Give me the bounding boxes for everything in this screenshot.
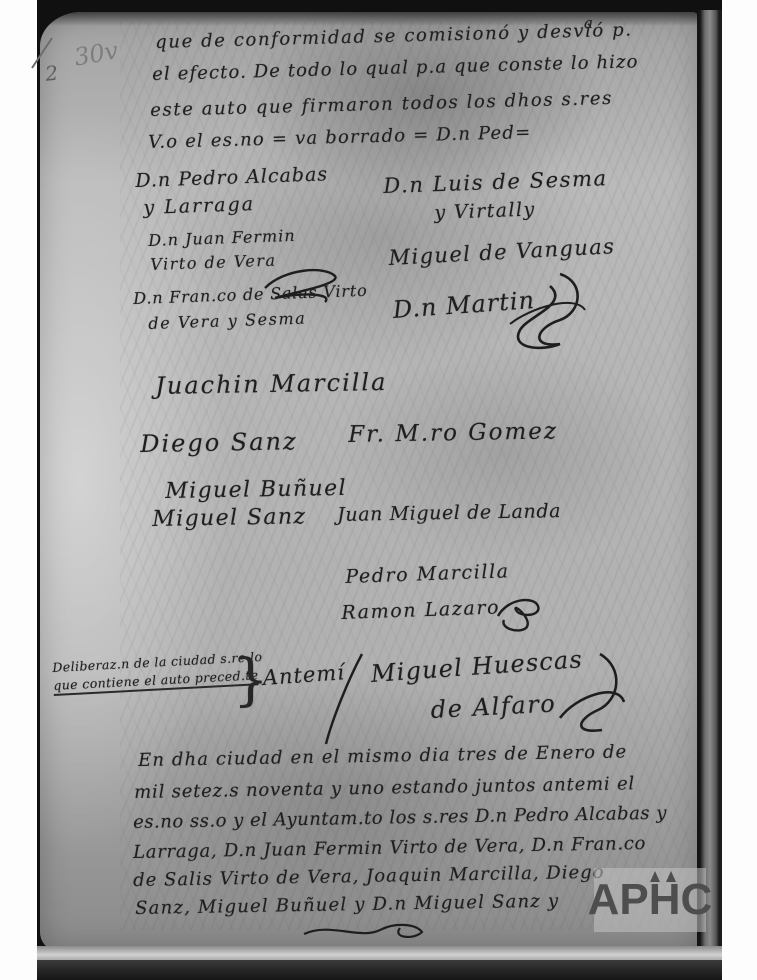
- signature: y Larraga: [143, 193, 255, 219]
- scan-bottom-border: [37, 960, 722, 980]
- aphc-watermark-label: APHC: [588, 878, 713, 922]
- signature: Diego Sanz: [140, 427, 298, 458]
- rubric-flourish: [490, 592, 550, 634]
- signature: Fr. M.ro Gomez: [348, 418, 558, 448]
- scan-margin-left: [0, 0, 37, 980]
- signature: Miguel Buñuel: [165, 476, 347, 504]
- watermark-spire-icon: [666, 871, 676, 882]
- rubric-flourish: [490, 264, 600, 354]
- signature: y Virtally: [434, 198, 536, 224]
- aphc-watermark: APHC: [594, 868, 706, 932]
- signature: Juan Miguel de Landa: [337, 500, 561, 526]
- signature: Miguel Sanz: [152, 504, 307, 532]
- pencil-slash-mark: [28, 36, 54, 70]
- page-right-edge: [697, 10, 722, 960]
- rubric-flourish: [255, 258, 345, 308]
- rubric-flourish: [540, 648, 630, 738]
- antemi-stroke: [318, 650, 368, 750]
- watermark-spire-icon: [650, 871, 660, 882]
- scan-margin-right: [722, 0, 757, 980]
- signature: Juachin Marcilla: [155, 368, 388, 400]
- rubric-flourish: [300, 918, 430, 944]
- scanned-document-viewport: 30v 2 que de conformidad se comisionó y …: [0, 0, 757, 980]
- superscript-a: a: [584, 14, 593, 32]
